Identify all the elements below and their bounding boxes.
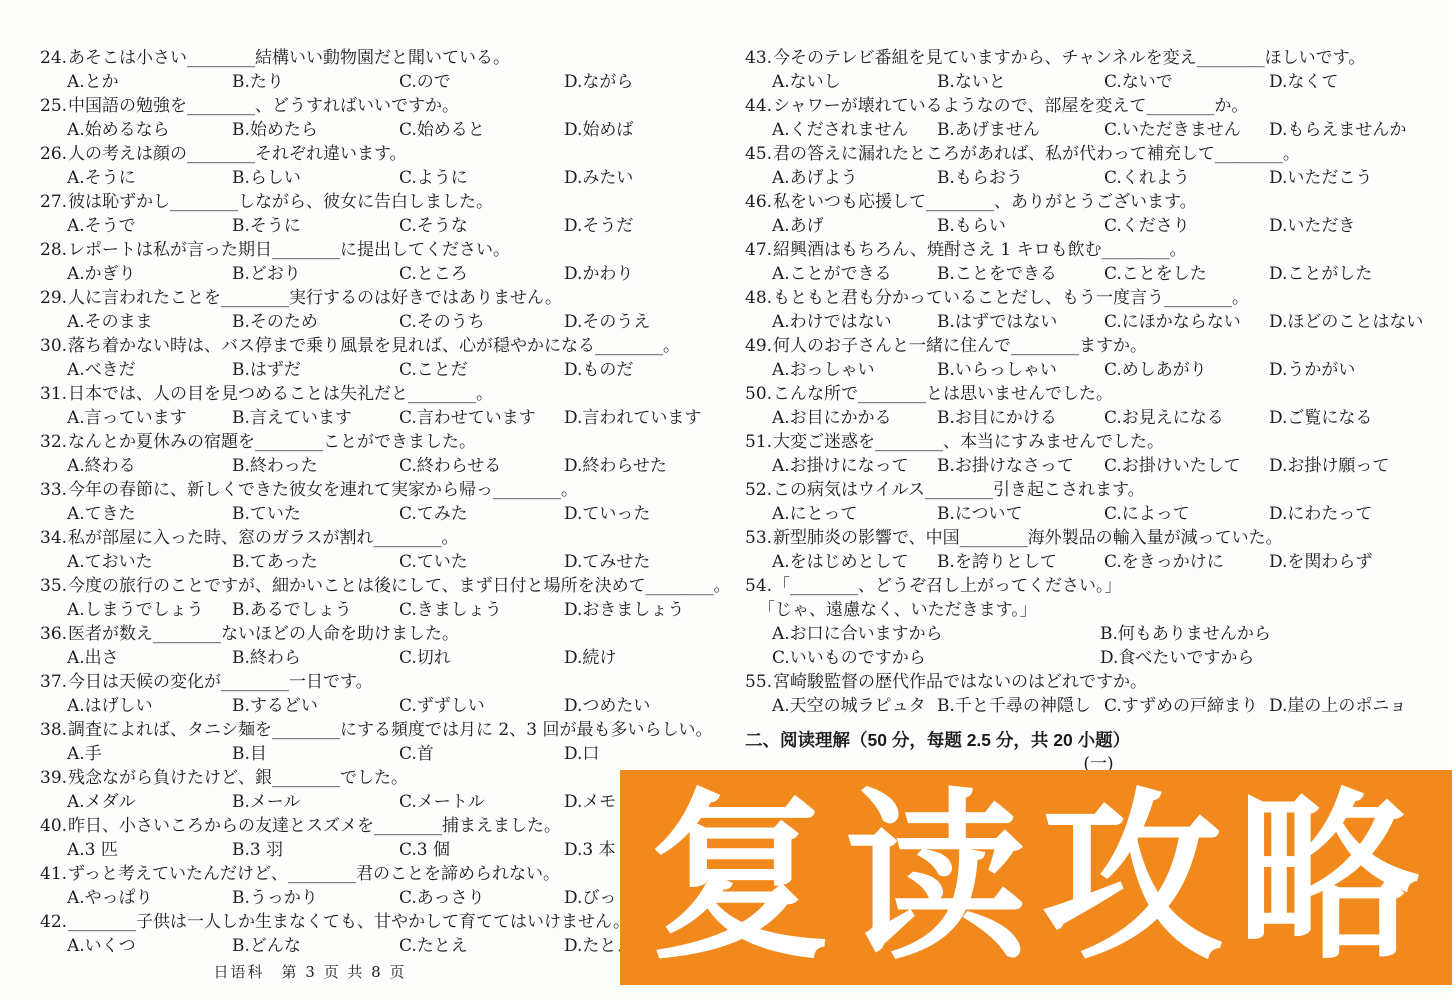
option-b: B.ないと (937, 70, 1006, 94)
question-text: もともと君も分かっていることだし、もう一度言う________。 (773, 288, 1249, 308)
option-b: B.ていた (232, 502, 301, 526)
option-b: B.を誇りとして (937, 550, 1057, 574)
option-a: A.ておいた (67, 550, 153, 574)
question-item: 33.今年の春節に、新しくできた彼女を連れて実家から帰っ________。A.て… (40, 478, 708, 526)
options-row: A.をはじめとしてB.を誇りとしてC.をきっかけにD.を関わらず (745, 550, 1452, 574)
option-c: C.くれよう (1104, 166, 1190, 190)
question-number: 48. (745, 286, 773, 310)
options-row: A.おっしゃいB.いらっしゃいC.めしあがりD.うかがい (745, 358, 1452, 382)
question-item: 34.私が部屋に入った時、窓のガラスが割れ________。A.ておいたB.てあ… (40, 526, 708, 574)
question-number: 49. (745, 334, 773, 358)
question-line: 37.今日は天候の変化が________一日です。 (40, 670, 708, 694)
option-a: A.やっぱり (67, 886, 153, 910)
question-number: 38. (40, 718, 68, 742)
question-item: 54.「________、どうぞ召し上がってください。」「じゃ、遠慮なく、いただ… (745, 574, 1452, 670)
question-text: 今日は天候の変化が________一日です。 (68, 672, 373, 692)
option-d: D.口 (564, 742, 599, 766)
options-row: A.にとってB.についてC.によってD.にわたって (745, 502, 1452, 526)
option-d: D.ていった (564, 502, 650, 526)
question-item: 25.中国語の勉強を________、どうすればいいですか。A.始めるならB.始… (40, 94, 708, 142)
option-c: C.お見えになる (1104, 406, 1224, 430)
question-text: 人の考えは顔の________それぞれ違います。 (68, 144, 407, 164)
question-item: 42.________子供は一人しか生まなくても、甘やかして育ててはいけません。… (40, 910, 708, 958)
question-item: 55.宮崎駿監督の歴代作品ではないのはどれですか。A.天空の城ラピュタB.千と千… (745, 670, 1452, 718)
option-d: D.お掛け願って (1269, 454, 1389, 478)
option-d: D.ものだ (564, 358, 633, 382)
options-row: A.言っていますB.言えていますC.言わせていますD.言われています (40, 406, 708, 430)
question-number: 27. (40, 190, 68, 214)
option-b: B.について (937, 502, 1023, 526)
question-number: 50. (745, 382, 773, 406)
option-a: A.メダル (67, 790, 136, 814)
question-line: 35.今度の旅行のことですが、細かいことは後にして、まず日付と場所を決めて___… (40, 574, 708, 598)
option-c: C.きましょう (399, 598, 502, 622)
question-text: ずっと考えていたんだけど、________君のことを諦められない。 (68, 864, 560, 884)
option-c: C.お掛けいたして (1104, 454, 1241, 478)
option-b: B.そうに (232, 214, 301, 238)
question-text-continued: 「じゃ、遠慮なく、いただきます。」 (745, 598, 1452, 622)
question-text: 中国語の勉強を________、どうすればいいですか。 (68, 96, 459, 116)
option-c: C.すずめの戸締まり (1104, 694, 1258, 718)
option-a: A.そのまま (67, 310, 153, 334)
option-a: A.くだされません (772, 118, 909, 142)
question-line: 38.調査によれば、タニシ麺を________にする頻度では月に 2、3 回が最… (40, 718, 708, 742)
question-item: 50.こんな所で________とは思いませんでした。A.お目にかかるB.お目に… (745, 382, 1452, 430)
options-row: A.お口に合いますからB.何もありませんから (745, 622, 1452, 646)
option-c: C.3 個 (399, 838, 450, 862)
option-a: A.そうに (67, 166, 136, 190)
question-text: 落ち着かない時は、バス停まで乗り風景を見れば、心が穏やかになる________。 (68, 336, 680, 356)
question-line: 24.あそこは小さい________結構いい動物園だと聞いている。 (40, 46, 708, 70)
option-a: A.ことができる (772, 262, 892, 286)
option-b: B.どんな (232, 934, 301, 958)
questions-column-left: 24.あそこは小さい________結構いい動物園だと聞いている。A.とかB.た… (40, 46, 708, 958)
question-item: 31.日本では、人の目を見つめることは失礼だと________。A.言っています… (40, 382, 708, 430)
option-b: B.もらい (937, 214, 1006, 238)
question-text: 私をいつも応援して________、ありがとうございます。 (773, 192, 1197, 212)
question-number: 43. (745, 46, 773, 70)
question-text: 私が部屋に入った時、窓のガラスが割れ________。 (68, 528, 459, 548)
option-b: B.何もありませんから (1100, 622, 1271, 646)
question-text: 今度の旅行のことですが、細かいことは後にして、まず日付と場所を決めて______… (68, 576, 731, 596)
options-row: A.はげしいB.するどいC.ずずしいD.つめたい (40, 694, 708, 718)
question-line: 46.私をいつも応援して________、ありがとうございます。 (745, 190, 1452, 214)
question-line: 47.紹興酒はもちろん、焼酎さえ 1 キロも飲む________。 (745, 238, 1452, 262)
option-c: C.言わせています (399, 406, 536, 430)
option-c: C.いいものですから (772, 646, 926, 670)
option-c: C.ので (399, 70, 451, 94)
option-d: D.ことがした (1269, 262, 1372, 286)
question-line: 32.なんとか夏休みの宿題を________ことができました。 (40, 430, 708, 454)
options-row: A.いくつB.どんなC.たとえD.たとえば (40, 934, 708, 958)
option-a: A.あげよう (772, 166, 858, 190)
option-d: D.いただき (1269, 214, 1355, 238)
question-text: 人に言われたことを________実行するのは好きではありません。 (68, 288, 562, 308)
option-c: C.ことをした (1104, 262, 1207, 286)
option-a: A.にとって (772, 502, 857, 526)
question-item: 46.私をいつも応援して________、ありがとうございます。A.あげB.もら… (745, 190, 1452, 238)
option-a: A.かぎり (67, 262, 136, 286)
option-a: A.べきだ (67, 358, 136, 382)
question-line: 52.この病気はウイルス________引き起こされます。 (745, 478, 1452, 502)
question-number: 33. (40, 478, 68, 502)
option-a: A.をはじめとして (772, 550, 909, 574)
question-number: 37. (40, 670, 68, 694)
question-number: 28. (40, 238, 68, 262)
option-c: C.そのうち (399, 310, 485, 334)
question-line: 31.日本では、人の目を見つめることは失礼だと________。 (40, 382, 708, 406)
options-row: A.ことができるB.ことをできるC.ことをしたD.ことがした (745, 262, 1452, 286)
question-item: 24.あそこは小さい________結構いい動物園だと聞いている。A.とかB.た… (40, 46, 708, 94)
option-b: B.もらおう (937, 166, 1023, 190)
option-d: D.そうだ (564, 214, 633, 238)
option-b: B.お掛けなさって (937, 454, 1074, 478)
question-line: 34.私が部屋に入った時、窓のガラスが割れ________。 (40, 526, 708, 550)
option-c: C.首 (399, 742, 434, 766)
question-item: 52.この病気はウイルス________引き起こされます。A.にとってB.につい… (745, 478, 1452, 526)
option-a: A.そうで (67, 214, 136, 238)
options-row: A.メダルB.メールC.メートルD.メモ (40, 790, 708, 814)
option-b: B.そのため (232, 310, 318, 334)
question-text: シャワーが壊れているようなので、部屋を変えて________か。 (773, 96, 1248, 116)
options-row: A.あげようB.もらおうC.くれようD.いただこう (745, 166, 1452, 190)
option-d: D.ながら (564, 70, 633, 94)
question-line: 54.「________、どうぞ召し上がってください。」 (745, 574, 1452, 598)
question-line: 44.シャワーが壊れているようなので、部屋を変えて________か。 (745, 94, 1452, 118)
option-c: C.そうな (399, 214, 468, 238)
option-a: A.ないし (772, 70, 841, 94)
options-row: A.始めるならB.始めたらC.始めるとD.始めば (40, 118, 708, 142)
option-d: D.を関わらず (1269, 550, 1372, 574)
options-row: A.3 匹B.3 羽C.3 個D.3 本 (40, 838, 708, 862)
option-a: A.お目にかかる (772, 406, 892, 430)
option-a: A.3 匹 (67, 838, 118, 862)
options-row: A.そのままB.そのためC.そのうちD.そのうえ (40, 310, 708, 334)
question-number: 36. (40, 622, 68, 646)
question-number: 42. (40, 910, 68, 934)
overlay-banner-text: 复读攻略 (639, 787, 1433, 969)
option-b: B.始めたら (232, 118, 318, 142)
question-line: 55.宮崎駿監督の歴代作品ではないのはどれですか。 (745, 670, 1452, 694)
option-b: B.うっかり (232, 886, 318, 910)
question-item: 28.レポートは私が言った期日________に提出してください。A.かぎりB.… (40, 238, 708, 286)
options-row: A.ておいたB.てあったC.ていたD.てみせた (40, 550, 708, 574)
option-d: D.つめたい (564, 694, 650, 718)
question-text: ________子供は一人しか生まなくても、甘やかして育ててはいけません。 (68, 912, 630, 932)
option-b: B.らしい (232, 166, 301, 190)
option-a: A.とか (67, 70, 119, 94)
option-a: A.はげしい (67, 694, 153, 718)
option-c: C.いただきません (1104, 118, 1241, 142)
question-line: 39.残念ながら負けたけど、銀________でした。 (40, 766, 708, 790)
option-b: B.ことをできる (937, 262, 1057, 286)
question-line: 49.何人のお子さんと一緒に住んで________ますか。 (745, 334, 1452, 358)
question-item: 43.今そのテレビ番組を見ていますから、チャンネルを変え________ほしいで… (745, 46, 1452, 94)
page-footer: 日语科 第 3 页 共 8 页 (100, 961, 520, 982)
option-b: B.てあった (232, 550, 318, 574)
question-number: 29. (40, 286, 68, 310)
question-line: 28.レポートは私が言った期日________に提出してください。 (40, 238, 708, 262)
option-b: B.たり (232, 70, 284, 94)
question-text: 今そのテレビ番組を見ていますから、チャンネルを変え________ほしいです。 (773, 48, 1365, 68)
question-number: 54. (745, 574, 773, 598)
question-number: 24. (40, 46, 68, 70)
question-text: 残念ながら負けたけど、銀________でした。 (68, 768, 408, 788)
option-d: D.3 本 (564, 838, 616, 862)
question-text: 調査によれば、タニシ麺を________にする頻度では月に 2、3 回が最も多い… (68, 720, 712, 740)
question-text: あそこは小さい________結構いい動物園だと聞いている。 (68, 48, 510, 68)
option-c: C.ことだ (399, 358, 468, 382)
question-number: 47. (745, 238, 773, 262)
question-line: 48.もともと君も分かっていることだし、もう一度言う________。 (745, 286, 1452, 310)
question-item: 26.人の考えは顔の________それぞれ違います。A.そうにB.らしいC.よ… (40, 142, 708, 190)
question-text: 君の答えに漏れたところがあれば、私が代わって補充して________。 (773, 144, 1300, 164)
question-text: 今年の春節に、新しくできた彼女を連れて実家から帰っ________。 (68, 480, 578, 500)
question-text: レポートは私が言った期日________に提出してください。 (68, 240, 510, 260)
options-row: A.終わるB.終わったC.終わらせるD.終わらせた (40, 454, 708, 478)
option-d: D.メモ (564, 790, 616, 814)
option-a: A.いくつ (67, 934, 136, 958)
question-line: 42.________子供は一人しか生まなくても、甘やかして育ててはいけません。 (40, 910, 708, 934)
options-row: A.しまうでしょうB.あるでしょうC.きましょうD.おきましょう (40, 598, 708, 622)
question-number: 53. (745, 526, 773, 550)
question-item: 30.落ち着かない時は、バス停まで乗り風景を見れば、心が穏やかになる______… (40, 334, 708, 382)
option-d: D.みたい (564, 166, 633, 190)
option-c: C.あっさり (399, 886, 485, 910)
option-d: D.ほどのことはない (1269, 310, 1423, 334)
option-c: C.ないで (1104, 70, 1173, 94)
question-item: 53.新型肺炎の影響で、中国________海外製品の輸入量が減っていた。A.を… (745, 526, 1452, 574)
exam-page: 24.あそこは小さい________結構いい動物園だと聞いている。A.とかB.た… (0, 0, 1452, 1000)
options-row: A.出さB.終わらC.切れD.続け (40, 646, 708, 670)
options-row: A.やっぱりB.うっかりC.あっさりD.びっくり (40, 886, 708, 910)
question-number: 46. (745, 190, 773, 214)
question-text: 彼は恥ずかし________しながら、彼女に告白しました。 (68, 192, 493, 212)
questions-column-right: 43.今そのテレビ番組を見ていますから、チャンネルを変え________ほしいで… (745, 46, 1452, 776)
option-d: D.そのうえ (564, 310, 650, 334)
option-b: B.終わった (232, 454, 318, 478)
option-a: A.終わる (67, 454, 136, 478)
option-c: C.切れ (399, 646, 451, 670)
option-a: A.あげ (772, 214, 824, 238)
option-c: C.終わらせる (399, 454, 501, 478)
options-row: A.とかB.たりC.のでD.ながら (40, 70, 708, 94)
option-b: B.メール (232, 790, 301, 814)
option-c: C.てみた (399, 502, 468, 526)
question-text: 紹興酒はもちろん、焼酎さえ 1 キロも飲む________。 (773, 240, 1187, 260)
question-item: 39.残念ながら負けたけど、銀________でした。A.メダルB.メールC.メ… (40, 766, 708, 814)
question-number: 41. (40, 862, 68, 886)
question-line: 30.落ち着かない時は、バス停まで乗り風景を見れば、心が穏やかになる______… (40, 334, 708, 358)
option-d: D.かわり (564, 262, 633, 286)
option-c: C.ずずしい (399, 694, 485, 718)
question-text: 医者が数え________ないほどの人命を助けました。 (68, 624, 459, 644)
option-d: D.おきましょう (564, 598, 684, 622)
option-c: C.ところ (399, 262, 468, 286)
option-d: D.うかがい (1269, 358, 1355, 382)
options-row: A.手B.目C.首D.口 (40, 742, 708, 766)
option-c: C.にほかならない (1104, 310, 1241, 334)
options-row: A.わけではないB.はずではないC.にほかならないD.ほどのことはない (745, 310, 1452, 334)
option-b: B.3 羽 (232, 838, 283, 862)
question-number: 31. (40, 382, 68, 406)
option-b: B.あるでしょう (232, 598, 352, 622)
question-text: 昨日、小さいころからの友達とスズメを________捕まえました。 (68, 816, 561, 836)
option-d: D.いただこう (1269, 166, 1372, 190)
options-row: A.ないしB.ないとC.ないでD.なくて (745, 70, 1452, 94)
option-b: B.お目にかける (937, 406, 1057, 430)
options-row: A.天空の城ラピュタB.千と千尋の神隠しC.すずめの戸締まりD.崖の上のポニョ (745, 694, 1452, 718)
question-text: なんとか夏休みの宿題を________ことができました。 (68, 432, 476, 452)
option-b: B.あげません (937, 118, 1040, 142)
question-line: 53.新型肺炎の影響で、中国________海外製品の輸入量が減っていた。 (745, 526, 1452, 550)
option-a: A.手 (67, 742, 102, 766)
question-number: 52. (745, 478, 773, 502)
option-a: A.わけではない (772, 310, 892, 334)
question-line: 29.人に言われたことを________実行するのは好きではありません。 (40, 286, 708, 310)
option-d: D.てみせた (564, 550, 650, 574)
option-a: A.お口に合いますから (772, 622, 943, 646)
option-b: B.はずではない (937, 310, 1057, 334)
option-c: C.めしあがり (1104, 358, 1207, 382)
option-c: C.くださり (1104, 214, 1190, 238)
option-a: A.出さ (67, 646, 119, 670)
options-row: C.いいものですからD.食べたいですから (745, 646, 1452, 670)
option-c: C.始めると (399, 118, 485, 142)
question-text: 「________、どうぞ召し上がってください。」 (773, 576, 1122, 596)
question-text: この病気はウイルス________引き起こされます。 (773, 480, 1145, 500)
option-b: B.終わら (232, 646, 301, 670)
option-b: B.するどい (232, 694, 318, 718)
options-row: A.お掛けになってB.お掛けなさってC.お掛けいたしてD.お掛け願って (745, 454, 1452, 478)
question-item: 29.人に言われたことを________実行するのは好きではありません。A.その… (40, 286, 708, 334)
question-line: 40.昨日、小さいころからの友達とスズメを________捕まえました。 (40, 814, 708, 838)
option-a: A.天空の城ラピュタ (772, 694, 926, 718)
question-number: 34. (40, 526, 68, 550)
question-item: 49.何人のお子さんと一緒に住んで________ますか。A.おっしゃいB.いら… (745, 334, 1452, 382)
question-item: 48.もともと君も分かっていることだし、もう一度言う________。A.わけで… (745, 286, 1452, 334)
question-text: 宮崎駿監督の歴代作品ではないのはどれですか。 (773, 672, 1147, 692)
option-a: A.言っています (67, 406, 187, 430)
question-text: 新型肺炎の影響で、中国________海外製品の輸入量が減っていた。 (773, 528, 1283, 548)
option-d: D.もらえませんか (1269, 118, 1406, 142)
option-b: B.目 (232, 742, 267, 766)
option-d: D.食べたいですから (1100, 646, 1254, 670)
question-line: 45.君の答えに漏れたところがあれば、私が代わって補充して________。 (745, 142, 1452, 166)
question-number: 32. (40, 430, 68, 454)
question-line: 27.彼は恥ずかし________しながら、彼女に告白しました。 (40, 190, 708, 214)
options-row: A.そうにB.らしいC.ようにD.みたい (40, 166, 708, 190)
question-text: 大変ご迷惑を________、本当にすみませんでした。 (773, 432, 1164, 452)
option-c: C.ていた (399, 550, 468, 574)
question-item: 47.紹興酒はもちろん、焼酎さえ 1 キロも飲む________。A.ことができ… (745, 238, 1452, 286)
question-line: 41.ずっと考えていたんだけど、________君のことを諦められない。 (40, 862, 708, 886)
options-row: A.てきたB.ていたC.てみたD.ていった (40, 502, 708, 526)
question-number: 51. (745, 430, 773, 454)
question-number: 45. (745, 142, 773, 166)
question-number: 39. (40, 766, 68, 790)
question-text: 何人のお子さんと一緒に住んで________ますか。 (773, 336, 1147, 356)
option-d: D.続け (564, 646, 616, 670)
option-d: D.なくて (1269, 70, 1338, 94)
question-line: 25.中国語の勉強を________、どうすればいいですか。 (40, 94, 708, 118)
option-d: D.終わらせた (564, 454, 667, 478)
option-a: A.おっしゃい (772, 358, 875, 382)
options-row: A.あげB.もらいC.くださりD.いただき (745, 214, 1452, 238)
option-b: B.どおり (232, 262, 301, 286)
option-b: B.はずだ (232, 358, 301, 382)
section-heading: 二、阅读理解（50 分，每题 2.5 分，共 20 小题） (745, 728, 1452, 752)
question-item: 51.大変ご迷惑を________、本当にすみませんでした。A.お掛けになってB… (745, 430, 1452, 478)
question-line: 36.医者が数え________ないほどの人命を助けました。 (40, 622, 708, 646)
question-item: 45.君の答えに漏れたところがあれば、私が代わって補充して________。A.… (745, 142, 1452, 190)
option-a: A.てきた (67, 502, 136, 526)
question-number: 30. (40, 334, 68, 358)
option-a: A.始めるなら (67, 118, 170, 142)
overlay-banner: 复读攻略 (620, 770, 1452, 985)
question-line: 50.こんな所で________とは思いませんでした。 (745, 382, 1452, 406)
question-line: 26.人の考えは顔の________それぞれ違います。 (40, 142, 708, 166)
question-item: 41.ずっと考えていたんだけど、________君のことを諦められない。A.やっ… (40, 862, 708, 910)
question-item: 27.彼は恥ずかし________しながら、彼女に告白しました。A.そうでB.そ… (40, 190, 708, 238)
options-row: A.お目にかかるB.お目にかけるC.お見えになるD.ご覧になる (745, 406, 1452, 430)
question-item: 40.昨日、小さいころからの友達とスズメを________捕まえました。A.3 … (40, 814, 708, 862)
option-c: C.をきっかけに (1104, 550, 1224, 574)
option-b: B.千と千尋の神隠し (937, 694, 1091, 718)
question-number: 44. (745, 94, 773, 118)
option-a: A.しまうでしょう (67, 598, 204, 622)
question-number: 40. (40, 814, 68, 838)
option-a: A.お掛けになって (772, 454, 909, 478)
question-text: 日本では、人の目を見つめることは失礼だと________。 (68, 384, 493, 404)
question-number: 35. (40, 574, 68, 598)
options-row: A.そうでB.そうにC.そうなD.そうだ (40, 214, 708, 238)
question-line: 33.今年の春節に、新しくできた彼女を連れて実家から帰っ________。 (40, 478, 708, 502)
question-item: 36.医者が数え________ないほどの人命を助けました。A.出さB.終わらC… (40, 622, 708, 670)
option-c: C.メートル (399, 790, 485, 814)
options-row: A.べきだB.はずだC.ことだD.ものだ (40, 358, 708, 382)
options-row: A.かぎりB.どおりC.ところD.かわり (40, 262, 708, 286)
question-item: 38.調査によれば、タニシ麺を________にする頻度では月に 2、3 回が最… (40, 718, 708, 766)
option-c: C.ように (399, 166, 468, 190)
question-item: 35.今度の旅行のことですが、細かいことは後にして、まず日付と場所を決めて___… (40, 574, 708, 622)
question-item: 37.今日は天候の変化が________一日です。A.はげしいB.するどいC.ず… (40, 670, 708, 718)
options-row: A.くだされませんB.あげませんC.いただきませんD.もらえませんか (745, 118, 1452, 142)
question-line: 43.今そのテレビ番組を見ていますから、チャンネルを変え________ほしいで… (745, 46, 1452, 70)
option-c: C.たとえ (399, 934, 468, 958)
option-d: D.ご覧になる (1269, 406, 1372, 430)
question-number: 26. (40, 142, 68, 166)
question-line: 51.大変ご迷惑を________、本当にすみませんでした。 (745, 430, 1452, 454)
question-item: 44.シャワーが壊れているようなので、部屋を変えて________か。A.くださ… (745, 94, 1452, 142)
option-d: D.始めば (564, 118, 633, 142)
question-item: 32.なんとか夏休みの宿題を________ことができました。A.終わるB.終わ… (40, 430, 708, 478)
option-d: D.崖の上のポニョ (1269, 694, 1406, 718)
question-text: こんな所で________とは思いませんでした。 (773, 384, 1113, 404)
option-d: D.にわたって (1269, 502, 1372, 526)
option-b: B.いらっしゃい (937, 358, 1057, 382)
question-number: 25. (40, 94, 68, 118)
option-d: D.言われています (564, 406, 701, 430)
option-b: B.言えています (232, 406, 352, 430)
option-c: C.によって (1104, 502, 1190, 526)
question-number: 55. (745, 670, 773, 694)
